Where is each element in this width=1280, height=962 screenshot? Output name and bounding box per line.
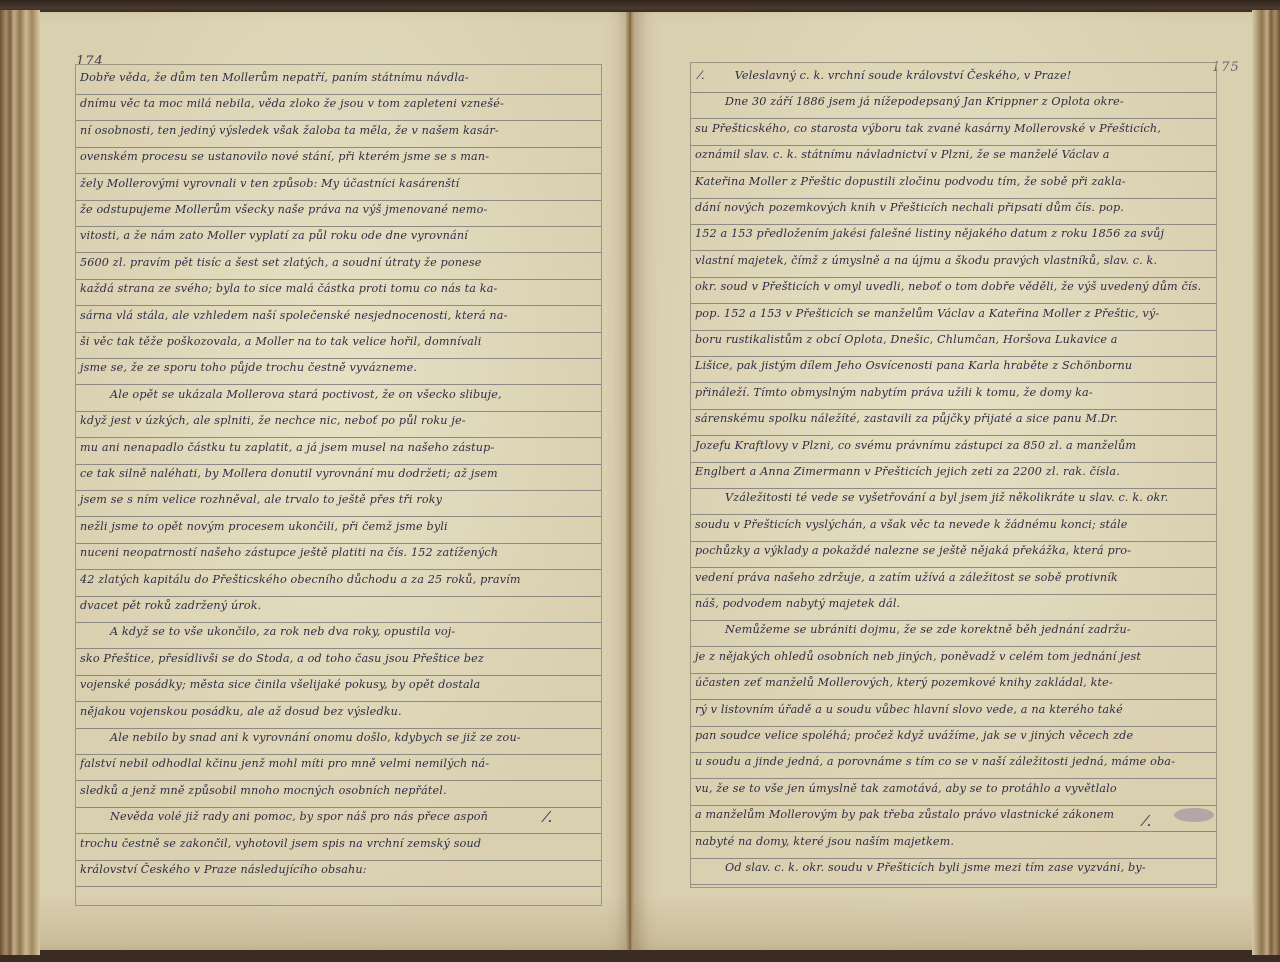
handwritten-line: oznámil slav. c. k. státnímu návladnictv… xyxy=(691,144,1216,172)
ruled-text-area-left: Dobře věda, že dům ten Mollerům nepatří,… xyxy=(75,64,602,906)
heading-mark: ⁄. xyxy=(699,69,705,82)
handwritten-line: mu ani nenapadlo částku tu zaplatit, a j… xyxy=(76,437,601,465)
book-scan: 174 Dobře věda, že dům ten Mollerům nepa… xyxy=(0,0,1280,962)
handwritten-line: u soudu a jinde jedná, a porovnáme s tím… xyxy=(691,751,1216,779)
handwritten-line: su Přešticského, co starosta výboru tak … xyxy=(691,118,1216,146)
handwritten-line: království Českého v Praze následujícího… xyxy=(76,859,601,887)
handwritten-line: Kateřina Moller z Přeštic dopustili zloč… xyxy=(691,171,1216,199)
handwritten-line: Englbert a Anna Zimermann v Přešticích j… xyxy=(691,461,1216,489)
handwritten-line: vedení práva našeho zdržuje, a zatím uží… xyxy=(691,567,1216,595)
handwritten-line: vu, že se to vše jen úmyslně tak zamotáv… xyxy=(691,778,1216,806)
handwritten-line: každá strana ze svého; byla to sice malá… xyxy=(76,278,601,306)
handwritten-line: a manželům Mollerovým by pak třeba zůsta… xyxy=(691,804,1216,832)
heading-text: Veleslavný c. k. vrchní soude království… xyxy=(735,69,1072,82)
handwritten-line: nabyté na domy, které jsou naším majetke… xyxy=(691,831,1216,859)
handwritten-line: Od slav. c. k. okr. soudu v Přešticích b… xyxy=(691,857,1216,885)
handwritten-line: ovenském procesu se ustanovilo nové stán… xyxy=(76,146,601,174)
right-page: 175 ⁄.Veleslavný c. k. vrchní soude král… xyxy=(634,12,1252,950)
handwritten-line: okr. soud v Přešticích v omyl uvedli, ne… xyxy=(691,276,1216,304)
handwritten-line: vojenské posádky; města sice činila všel… xyxy=(76,674,601,702)
handwritten-line: vitosti, a že nám zato Moller vyplatí za… xyxy=(76,225,601,253)
handwritten-line: pochůzky a výklady a pokaždé nalezne se … xyxy=(691,540,1216,568)
handwritten-line: soudu v Přešticích vyslýchán, a však věc… xyxy=(691,514,1216,542)
left-page-edges xyxy=(0,10,40,955)
handwritten-line: dnímu věc ta moc milá nebila, věda zloko… xyxy=(76,93,601,121)
handwritten-line: vlastní majetek, čímž z úmyslně a na újm… xyxy=(691,250,1216,278)
handwritten-line: sko Přeštice, přesídlivši se do Stoda, a… xyxy=(76,648,601,676)
handwritten-line: sárenskému spolku náležíté, zastavili za… xyxy=(691,408,1216,436)
handwritten-line: nežli jsme to opět novým procesem ukonči… xyxy=(76,516,601,544)
handwritten-line: 42 zlatých kapitálu do Přešticského obec… xyxy=(76,569,601,597)
handwritten-line: 5600 zl. pravím pět tisíc a šest set zla… xyxy=(76,252,601,280)
handwritten-line: rý v listovním úřadě a u soudu vůbec hla… xyxy=(691,699,1216,727)
handwritten-line: Ale opět se ukázala Mollerova stará poct… xyxy=(76,384,601,412)
handwritten-line: pan soudce velice spoléhá; pročež když u… xyxy=(691,725,1216,753)
handwritten-line: Jozefu Kraftlovy v Plzni, co svému právn… xyxy=(691,435,1216,463)
handwritten-line: přináleží. Tímto obmyslným nabytím práva… xyxy=(691,382,1216,410)
handwritten-line: dání nových pozemkových knih v Přešticíc… xyxy=(691,197,1216,225)
handwritten-line: nějakou vojenskou posádku, ale až dosud … xyxy=(76,701,601,729)
handwritten-line: Dobře věda, že dům ten Mollerům nepatří,… xyxy=(76,67,601,95)
handwritten-line: ce tak silně naléhati, by Mollera donuti… xyxy=(76,463,601,491)
handwritten-line: náš, podvodem nabytý majetek dál. xyxy=(691,593,1216,621)
handwritten-line: sledků a jenž mně způsobil mnoho mocných… xyxy=(76,780,601,808)
right-page-edges xyxy=(1252,10,1280,955)
handwritten-line: A když se to vše ukončilo, za rok neb dv… xyxy=(76,621,601,649)
ink-blot xyxy=(1174,808,1214,822)
handwritten-line: že odstupujeme Mollerům všecky naše práv… xyxy=(76,199,601,227)
end-mark-right: ⁄. xyxy=(1144,812,1151,830)
handwritten-line: Dne 30 září 1886 jsem já nížepodepsaný J… xyxy=(691,91,1216,119)
handwritten-line: falství nebil odhodlal kčinu jenž mohl m… xyxy=(76,753,601,781)
handwritten-line: ši věc tak těže poškozovala, a Moller na… xyxy=(76,331,601,359)
handwritten-line: žely Mollerovými vyrovnali v ten způsob:… xyxy=(76,173,601,201)
handwritten-line: ní osobnosti, ten jediný výsledek však ž… xyxy=(76,120,601,148)
handwritten-line: jsme se, že ze sporu toho půjde trochu č… xyxy=(76,357,601,385)
handwritten-line: Vzáležitosti té vede se vyšetřování a by… xyxy=(691,487,1216,515)
handwritten-line: dvacet pět roků zadržený úrok. xyxy=(76,595,601,623)
handwritten-line: jsem se s ním velice rozhněval, ale trva… xyxy=(76,489,601,517)
ruled-text-area-right: ⁄.Veleslavný c. k. vrchní soude královst… xyxy=(690,62,1217,888)
handwritten-line: Nevěda volé již rady ani pomoc, by spor … xyxy=(76,806,601,834)
letter-heading: ⁄.Veleslavný c. k. vrchní soude královst… xyxy=(691,65,1216,93)
handwritten-line: nuceni neopatrností našeho zástupce ješt… xyxy=(76,542,601,570)
handwritten-line: Lišice, pak jistým dílem Jeho Osvícenost… xyxy=(691,355,1216,383)
handwritten-line: 152 a 153 předložením jakési falešné lis… xyxy=(691,223,1216,251)
end-mark-left: ⁄. xyxy=(545,808,552,826)
handwritten-line: Nemůžeme se ubrániti dojmu, že se zde ko… xyxy=(691,619,1216,647)
handwritten-line: trochu čestně se zakončil, vyhotovil jse… xyxy=(76,833,601,861)
handwritten-line: Ale nebilo by snad ani k vyrovnání onomu… xyxy=(76,727,601,755)
handwritten-line: boru rustikalistům z obcí Oplota, Dnešic… xyxy=(691,329,1216,357)
left-page: 174 Dobře věda, že dům ten Mollerům nepa… xyxy=(40,12,630,950)
handwritten-line: když jest v úzkých, ale splniti, že nech… xyxy=(76,410,601,438)
handwritten-line: pop. 152 a 153 v Přešticích se manželům … xyxy=(691,303,1216,331)
handwritten-line: účasten zeť manželů Mollerových, který p… xyxy=(691,672,1216,700)
handwritten-line: je z nějakých ohledů osobních neb jiných… xyxy=(691,646,1216,674)
handwritten-line: sárna vlá stála, ale vzhledem naší spole… xyxy=(76,305,601,333)
